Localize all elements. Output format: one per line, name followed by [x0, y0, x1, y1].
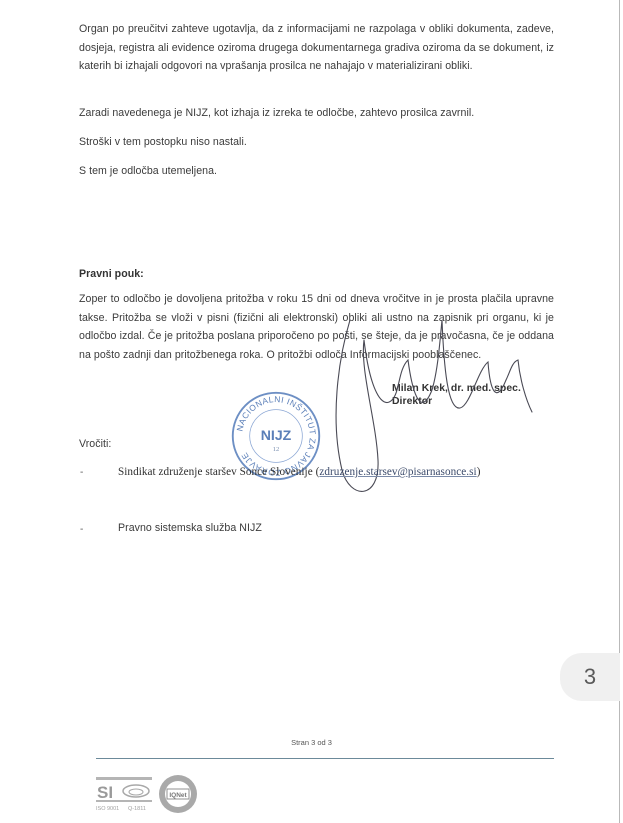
footer-divider: [96, 758, 554, 759]
siq-certification-logo-icon: SI ISO 9001 Q-1811: [96, 775, 154, 815]
paragraph-costs: Stroški v tem postopku niso nastali.: [79, 133, 554, 152]
page-indicator-badge[interactable]: 3: [560, 653, 620, 701]
svg-text:IQNet: IQNet: [169, 792, 187, 799]
legal-notice-text: Zoper to odločbo je dovoljena pritožba v…: [79, 290, 554, 364]
page-number-label: Stran 3 od 3: [0, 738, 623, 747]
paragraph-justified: S tem je odločba utemeljena.: [79, 162, 554, 181]
recipient-1: Sindikat združenje staršev Sonce Sloveni…: [118, 463, 480, 482]
legal-notice-heading: Pravni pouk:: [79, 265, 554, 284]
signatory-name: Milan Krek, dr. med. spec.: [392, 382, 521, 396]
paragraph-conclusion: Zaradi navedenega je NIJZ, kot izhaja iz…: [79, 104, 554, 123]
document-page: Organ po preučitvi zahteve ugotavlja, da…: [0, 0, 623, 823]
iqnet-certification-logo-icon: IQNet: [158, 774, 198, 814]
svg-text:ISO 9001: ISO 9001: [96, 806, 119, 812]
recipient-2: Pravno sistemska služba NIJZ: [118, 519, 262, 538]
delivery-heading: Vročiti:: [79, 435, 111, 454]
signatory-title: Direktor: [392, 395, 432, 409]
svg-text:Q-1811: Q-1811: [128, 806, 146, 812]
bullet-dash: -: [80, 467, 83, 478]
recipient-1-email-link[interactable]: zdruzenje.starsev@pisarnasonce.si: [319, 466, 476, 478]
svg-text:NIJZ: NIJZ: [261, 427, 292, 443]
paragraph-findings: Organ po preučitvi zahteve ugotavlja, da…: [79, 20, 554, 76]
svg-text:12: 12: [273, 446, 280, 453]
recipient-1-name: Sindikat združenje staršev Sonce Sloveni…: [118, 466, 319, 478]
svg-text:SI: SI: [97, 783, 113, 802]
recipient-1-close: ): [477, 466, 481, 478]
bullet-dash: -: [80, 524, 83, 535]
